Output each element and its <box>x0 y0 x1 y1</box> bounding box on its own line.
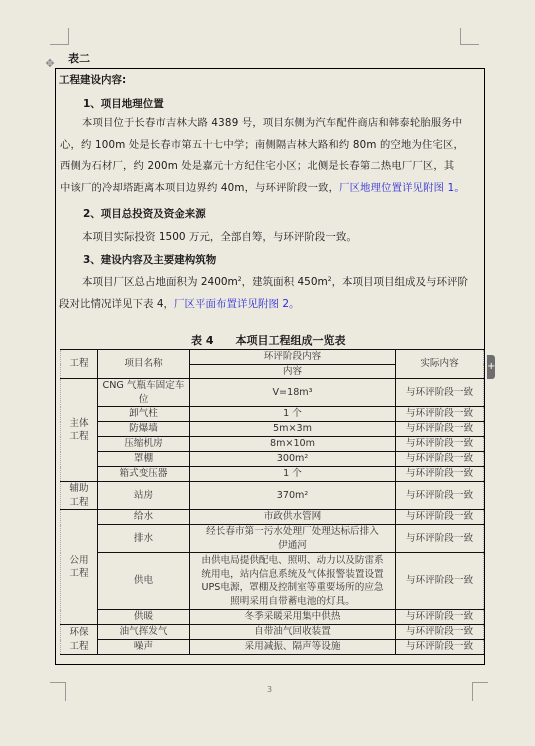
table-row: 辅助工程 站房 370m² 与环评阶段一致 <box>61 482 484 510</box>
cell-content: 市政供水管网 <box>190 510 396 525</box>
table-row: 环保工程 油气挥发气 自带油气回收装置 与环评阶段一致 <box>61 625 484 640</box>
group-env: 环保工程 <box>61 625 98 655</box>
table-label: 表二 <box>68 50 90 66</box>
cell-content: 1 个 <box>190 467 396 482</box>
table-row: 卸气柱 1 个 与环评阶段一致 <box>61 407 484 422</box>
para-line: 中该厂的冷却塔距离本项目边界约 40m，与环评阶段一致，厂区地理位置详见附图 1… <box>60 178 481 200</box>
cell-content: 采用减振、隔声等设施 <box>190 640 396 655</box>
subsection-title-3: 3、建设内容及主要建构筑物 <box>83 252 216 267</box>
page-number: 3 <box>267 685 272 694</box>
paragraph-investment: 本项目实际投资 1500 万元，全部自筹，与环评阶段一致。 <box>82 229 357 244</box>
header-actual: 实际内容 <box>396 350 484 379</box>
content-frame: 工程建设内容: 1、项目地理位置 本项目位于长春市吉林大路 4389 号，项目东… <box>55 68 485 665</box>
cell-name: 箱式变压器 <box>98 467 190 482</box>
cell-name: 给水 <box>98 510 190 525</box>
table-row: 噪声 采用减振、隔声等设施 与环评阶段一致 <box>61 640 484 655</box>
subsection-title-2: 2、项目总投资及资金来源 <box>83 206 206 221</box>
table-row: 防爆墙 5m×3m 与环评阶段一致 <box>61 422 484 437</box>
cell-actual: 与环评阶段一致 <box>396 640 484 655</box>
para-text: 段对比情况详见下表 4， <box>59 298 174 310</box>
para-line: 西侧为石材厂，约 200m 处是嘉元十方纪住宅小区；北侧是长春第二热电厂厂区，其 <box>60 156 481 178</box>
cell-actual: 与环评阶段一致 <box>396 625 484 640</box>
header-name: 项目名称 <box>98 350 190 379</box>
table-row: 罩棚 300m² 与环评阶段一致 <box>61 452 484 467</box>
cell-content: 370m² <box>190 482 396 510</box>
cell-name: 站房 <box>98 482 190 510</box>
cell-actual: 与环评阶段一致 <box>396 510 484 525</box>
cell-name: CNG 气瓶车固定车位 <box>98 379 190 407</box>
para-text: ，本项目项目组成及与环评阶 <box>332 276 469 288</box>
cell-content: 8m×10m <box>190 437 396 452</box>
para-text: ，建筑面积 450m <box>242 276 328 288</box>
header-project: 工程 <box>61 350 98 379</box>
cell-name: 供电 <box>98 553 190 610</box>
paragraph-area-line1: 本项目厂区总占地面积为 2400m2，建筑面积 450m2，本项目项目组成及与环… <box>82 274 468 289</box>
paragraph-location: 本项目位于长春市吉林大路 4389 号，项目东侧为汽车配件商店和韩泰轮胎服务中 … <box>60 113 481 199</box>
para-line: 心，约 100m 处是长春市第五十七中学；南侧隔吉林大路和约 80m 的空地为住… <box>60 135 481 157</box>
cell-actual: 与环评阶段一致 <box>396 407 484 422</box>
para-text: 中该厂的冷却塔距离本项目边界约 40m，与环评阶段一致， <box>60 182 339 194</box>
cell-actual: 与环评阶段一致 <box>396 452 484 467</box>
cell-content: 5m×3m <box>190 422 396 437</box>
cell-content: 1 个 <box>190 407 396 422</box>
cell-actual: 与环评阶段一致 <box>396 467 484 482</box>
cell-content: 经长春市第一污水处理厂处理达标后排入伊通河 <box>190 525 396 553</box>
cell-actual: 与环评阶段一致 <box>396 437 484 452</box>
add-row-tab[interactable]: + <box>487 355 495 379</box>
cell-actual: 与环评阶段一致 <box>396 379 484 407</box>
cell-name: 油气挥发气 <box>98 625 190 640</box>
header-eia-group: 环评阶段内容 <box>190 350 396 365</box>
margin-corner-bottom-right <box>472 682 488 701</box>
document-page: 表二 ✥ 工程建设内容: 1、项目地理位置 本项目位于长春市吉林大路 4389 … <box>0 0 535 746</box>
table4: 工程 项目名称 环评阶段内容 实际内容 内容 主体工程 CNG 气瓶车固定车位 … <box>60 349 484 655</box>
table-row: 供电 由供电局提供配电、照明、动力以及防雷系统用电，站内信息系统及气体报警装置设… <box>61 553 484 610</box>
table-row: 主体工程 CNG 气瓶车固定车位 V=18m³ 与环评阶段一致 <box>61 379 484 407</box>
cell-actual: 与环评阶段一致 <box>396 553 484 610</box>
figure-1-link[interactable]: 厂区地理位置详见附图 1。 <box>339 182 465 194</box>
group-aux: 辅助工程 <box>61 482 98 510</box>
cell-name: 供暖 <box>98 610 190 625</box>
cell-name: 卸气柱 <box>98 407 190 422</box>
table4-title: 表 4 本项目工程组成一览表 <box>191 332 345 348</box>
table-row: 压缩机房 8m×10m 与环评阶段一致 <box>61 437 484 452</box>
table-row: 公用工程 给水 市政供水管网 与环评阶段一致 <box>61 510 484 525</box>
group-public: 公用工程 <box>61 510 98 625</box>
margin-corner-bottom-left <box>50 682 66 701</box>
cell-name: 罩棚 <box>98 452 190 467</box>
subsection-title-1: 1、项目地理位置 <box>83 96 164 111</box>
paragraph-area-line2: 段对比情况详见下表 4，厂区平面布置详见附图 2。 <box>59 296 300 311</box>
cell-actual: 与环评阶段一致 <box>396 610 484 625</box>
para-line: 本项目位于长春市吉林大路 4389 号，项目东侧为汽车配件商店和韩泰轮胎服务中 <box>60 113 481 135</box>
cell-content: V=18m³ <box>190 379 396 407</box>
group-main: 主体工程 <box>61 379 98 482</box>
table-row: 供暖 冬季采暖采用集中供热 与环评阶段一致 <box>61 610 484 625</box>
cell-name: 压缩机房 <box>98 437 190 452</box>
cell-actual: 与环评阶段一致 <box>396 482 484 510</box>
figure-2-link[interactable]: 厂区平面布置详见附图 2。 <box>174 298 300 310</box>
margin-corner-top-left <box>50 28 69 45</box>
section-heading: 工程建设内容: <box>59 72 126 87</box>
cell-name: 排水 <box>98 525 190 553</box>
cell-content: 冬季采暖采用集中供热 <box>190 610 396 625</box>
cell-name: 防爆墙 <box>98 422 190 437</box>
cell-content: 自带油气回收装置 <box>190 625 396 640</box>
margin-corner-top-right <box>460 28 479 45</box>
cell-actual: 与环评阶段一致 <box>396 422 484 437</box>
para-text: 本项目厂区总占地面积为 2400m <box>82 276 238 288</box>
cell-actual: 与环评阶段一致 <box>396 525 484 553</box>
cell-content: 由供电局提供配电、照明、动力以及防雷系统用电，站内信息系统及气体报警装置设置UP… <box>190 553 396 610</box>
plus-icon: + <box>487 361 495 372</box>
table-row: 箱式变压器 1 个 与环评阶段一致 <box>61 467 484 482</box>
table-row: 排水 经长春市第一污水处理厂处理达标后排入伊通河 与环评阶段一致 <box>61 525 484 553</box>
header-eia-content: 内容 <box>190 364 396 379</box>
cell-name: 噪声 <box>98 640 190 655</box>
cell-content: 300m² <box>190 452 396 467</box>
